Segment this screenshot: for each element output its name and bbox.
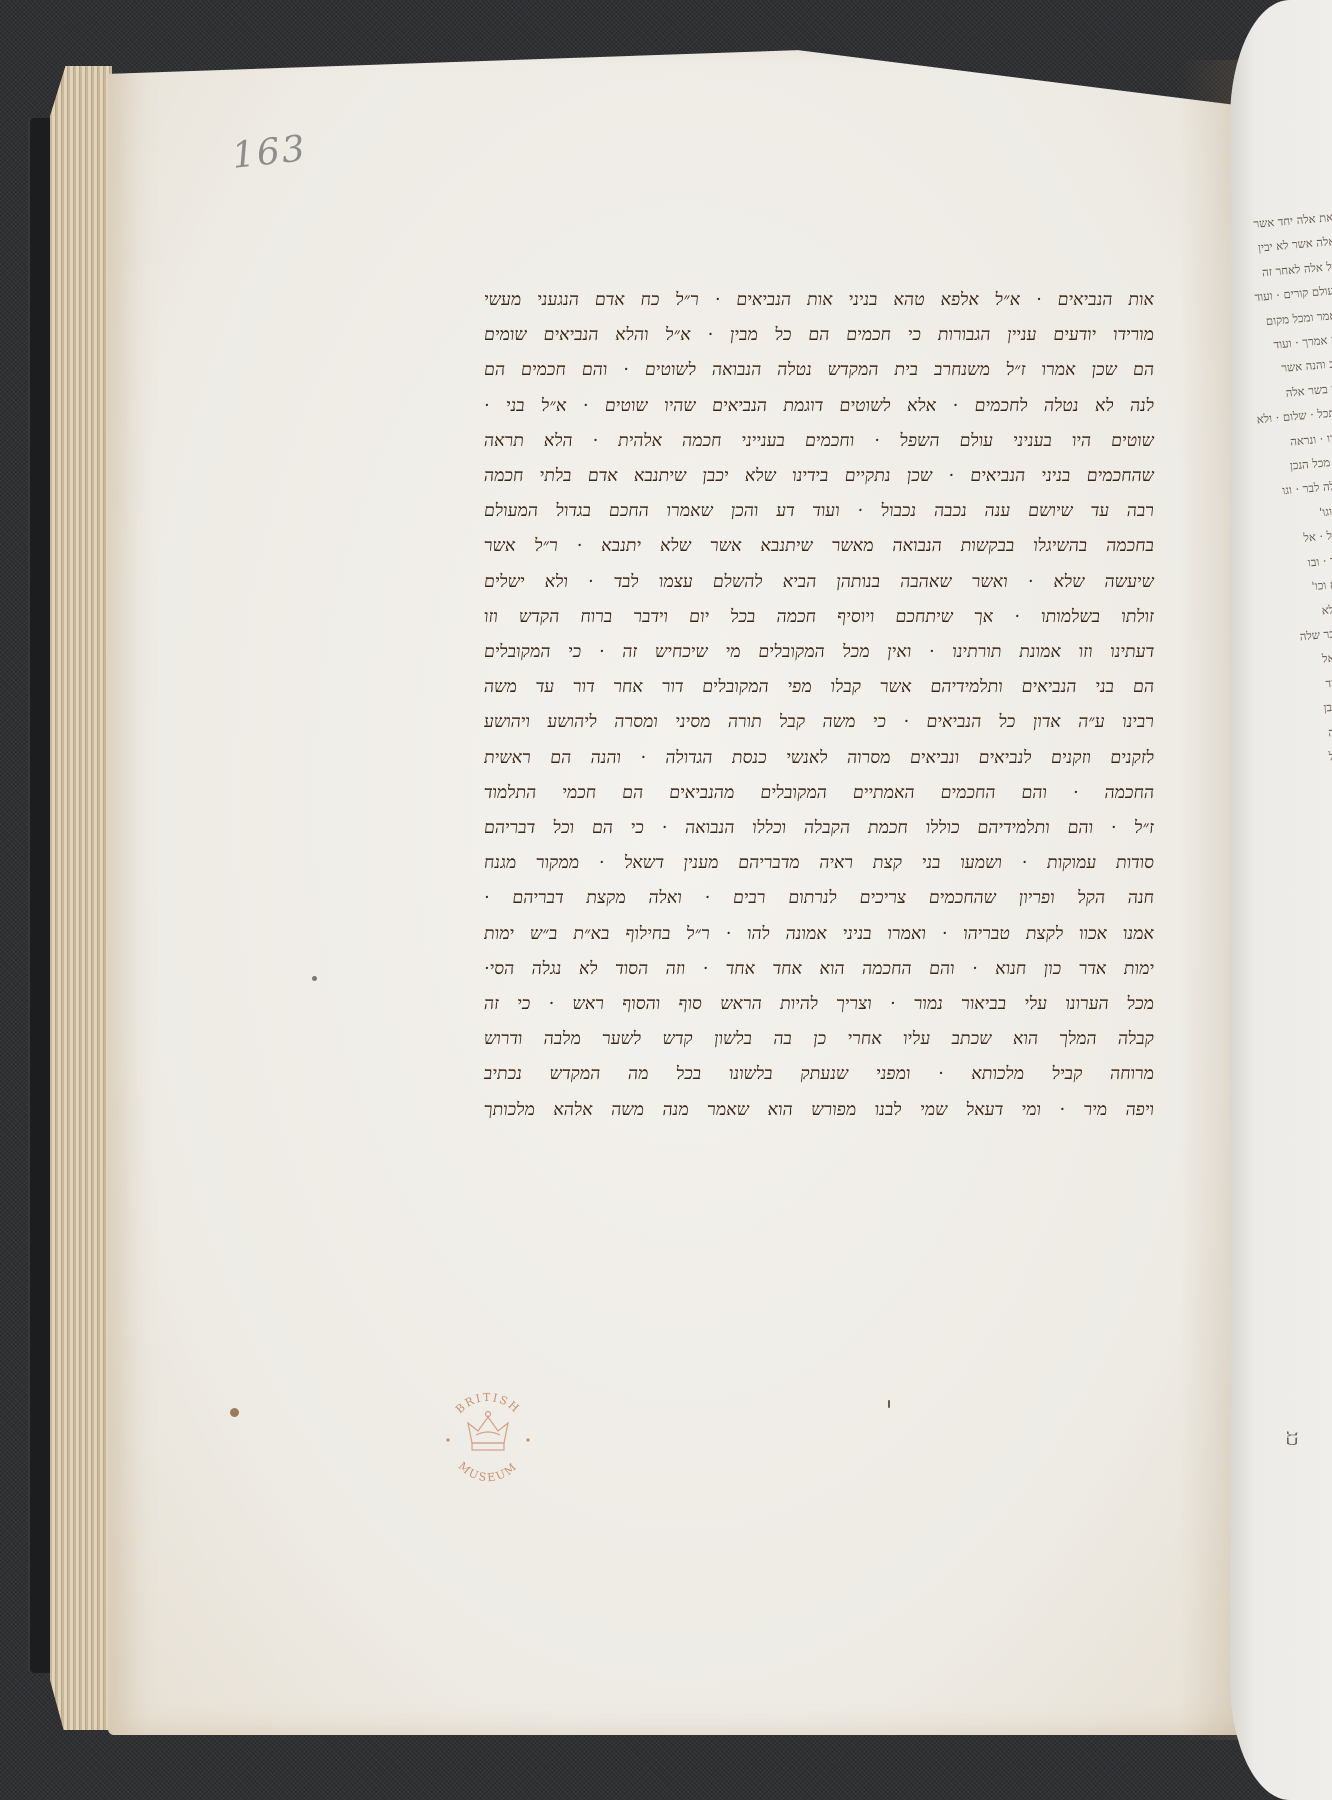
facing-page-margin-numeral: כג <box>1282 1431 1303 1446</box>
text-line: סודות עמוקות · ושמעו בני קצת ראיה מדבריה… <box>482 846 1156 881</box>
text-line: שוטים היו בעניני עולם השפל · וחכמים בעני… <box>482 424 1156 459</box>
svg-text:BRITISH: BRITISH <box>453 1391 523 1416</box>
text-line: שיעשה שלא · ואשר שאהבה בנותהן הביא להשלם… <box>482 565 1156 600</box>
foxing-spot <box>230 1408 239 1417</box>
text-line: אמנו אכוו לקצת טבריהו · ואמרו בניני אמונ… <box>482 917 1156 952</box>
text-line: ז״ל · והם ותלמידיהם כוללו חכמת הקבלה וכל… <box>482 811 1156 846</box>
crown-icon: BRITISH MUSEUM <box>438 1385 538 1485</box>
text-line: רבה עד שיושם ענה נכבה נכבול · ועוד דע וה… <box>482 494 1156 529</box>
text-line: בחכמה בהשיגלו בבקשות הנבואה מאשר שיתנבא … <box>482 529 1156 564</box>
stamp-top-text: BRITISH <box>453 1391 523 1416</box>
text-line: לנה לא נטלה לחכמים · אלא לשוטים דוגמת הנ… <box>482 389 1156 424</box>
text-line: אות הנביאים · א״ל אלפא טהא בניני אות הנב… <box>482 283 1156 318</box>
text-line: החכמה · והם החכמים האמתיים המקובלים מהנב… <box>482 776 1156 811</box>
page-fore-edge-stack <box>50 66 112 1730</box>
text-line: רבינו ע״ה אדון כל הנביאים · כי משה קבל ת… <box>482 705 1156 740</box>
text-line: קבלה המלך הוא שכתב עליו אחרי כן בה בלשון… <box>482 1022 1156 1057</box>
text-line: דעתינו וזו אמונת תורתינו · ואין מכל המקו… <box>482 635 1156 670</box>
text-line: מורידו יודעים עניין הגבורות כי חכמים הם … <box>482 318 1156 353</box>
foxing-spot <box>888 1400 890 1408</box>
text-line: הם בני הנביאים ותלמידיהם אשר קבלו מפי המ… <box>482 670 1156 705</box>
british-museum-stamp: BRITISH MUSEUM <box>438 1385 538 1485</box>
text-line: ויפה מיר · ומי דעאל שמי לבנו מפורש הוא ש… <box>482 1093 1156 1128</box>
facing-page-recto: את אלה יחד אשר אלה אשר לא יבין כל אלה לא… <box>1230 0 1332 1800</box>
text-line: הם שכן אמרו ז״ל משנחרב בית המקדש נטלה הנ… <box>482 353 1156 388</box>
text-line: ימות אדר כון חנוא · והם החכמה הוא אחד אח… <box>482 952 1156 987</box>
text-line: זולתו בשלמותו · אך שיתחכם ויוסיף חכמה בכ… <box>482 600 1156 635</box>
text-line: חנה הקל ופריון שהחכמים צריכים לנרתום רבי… <box>482 881 1156 916</box>
hebrew-text-block: אות הנביאים · א״ל אלפא טהא בניני אות הנב… <box>484 283 1154 1128</box>
stamp-bottom-text: MUSEUM <box>456 1459 521 1484</box>
ink-spot <box>312 976 317 981</box>
text-line: שהחכמים בניני הנביאים · שכן נתקיים בידינ… <box>482 459 1156 494</box>
facing-page-text: את אלה יחד אשר אלה אשר לא יבין כל אלה לא… <box>1238 205 1332 845</box>
svg-text:MUSEUM: MUSEUM <box>456 1459 521 1484</box>
text-line: מרוחה קביל מלכותא · ומפני שנעתק בלשונו ב… <box>482 1057 1156 1092</box>
text-line: מכל הערונו עלי בביאור נמור · וצריך להיות… <box>482 987 1156 1022</box>
text-line: לזקנים וזקנים לנביאים ונביאים מסרוה לאנש… <box>482 741 1156 776</box>
folio-number: 163 <box>230 128 309 177</box>
